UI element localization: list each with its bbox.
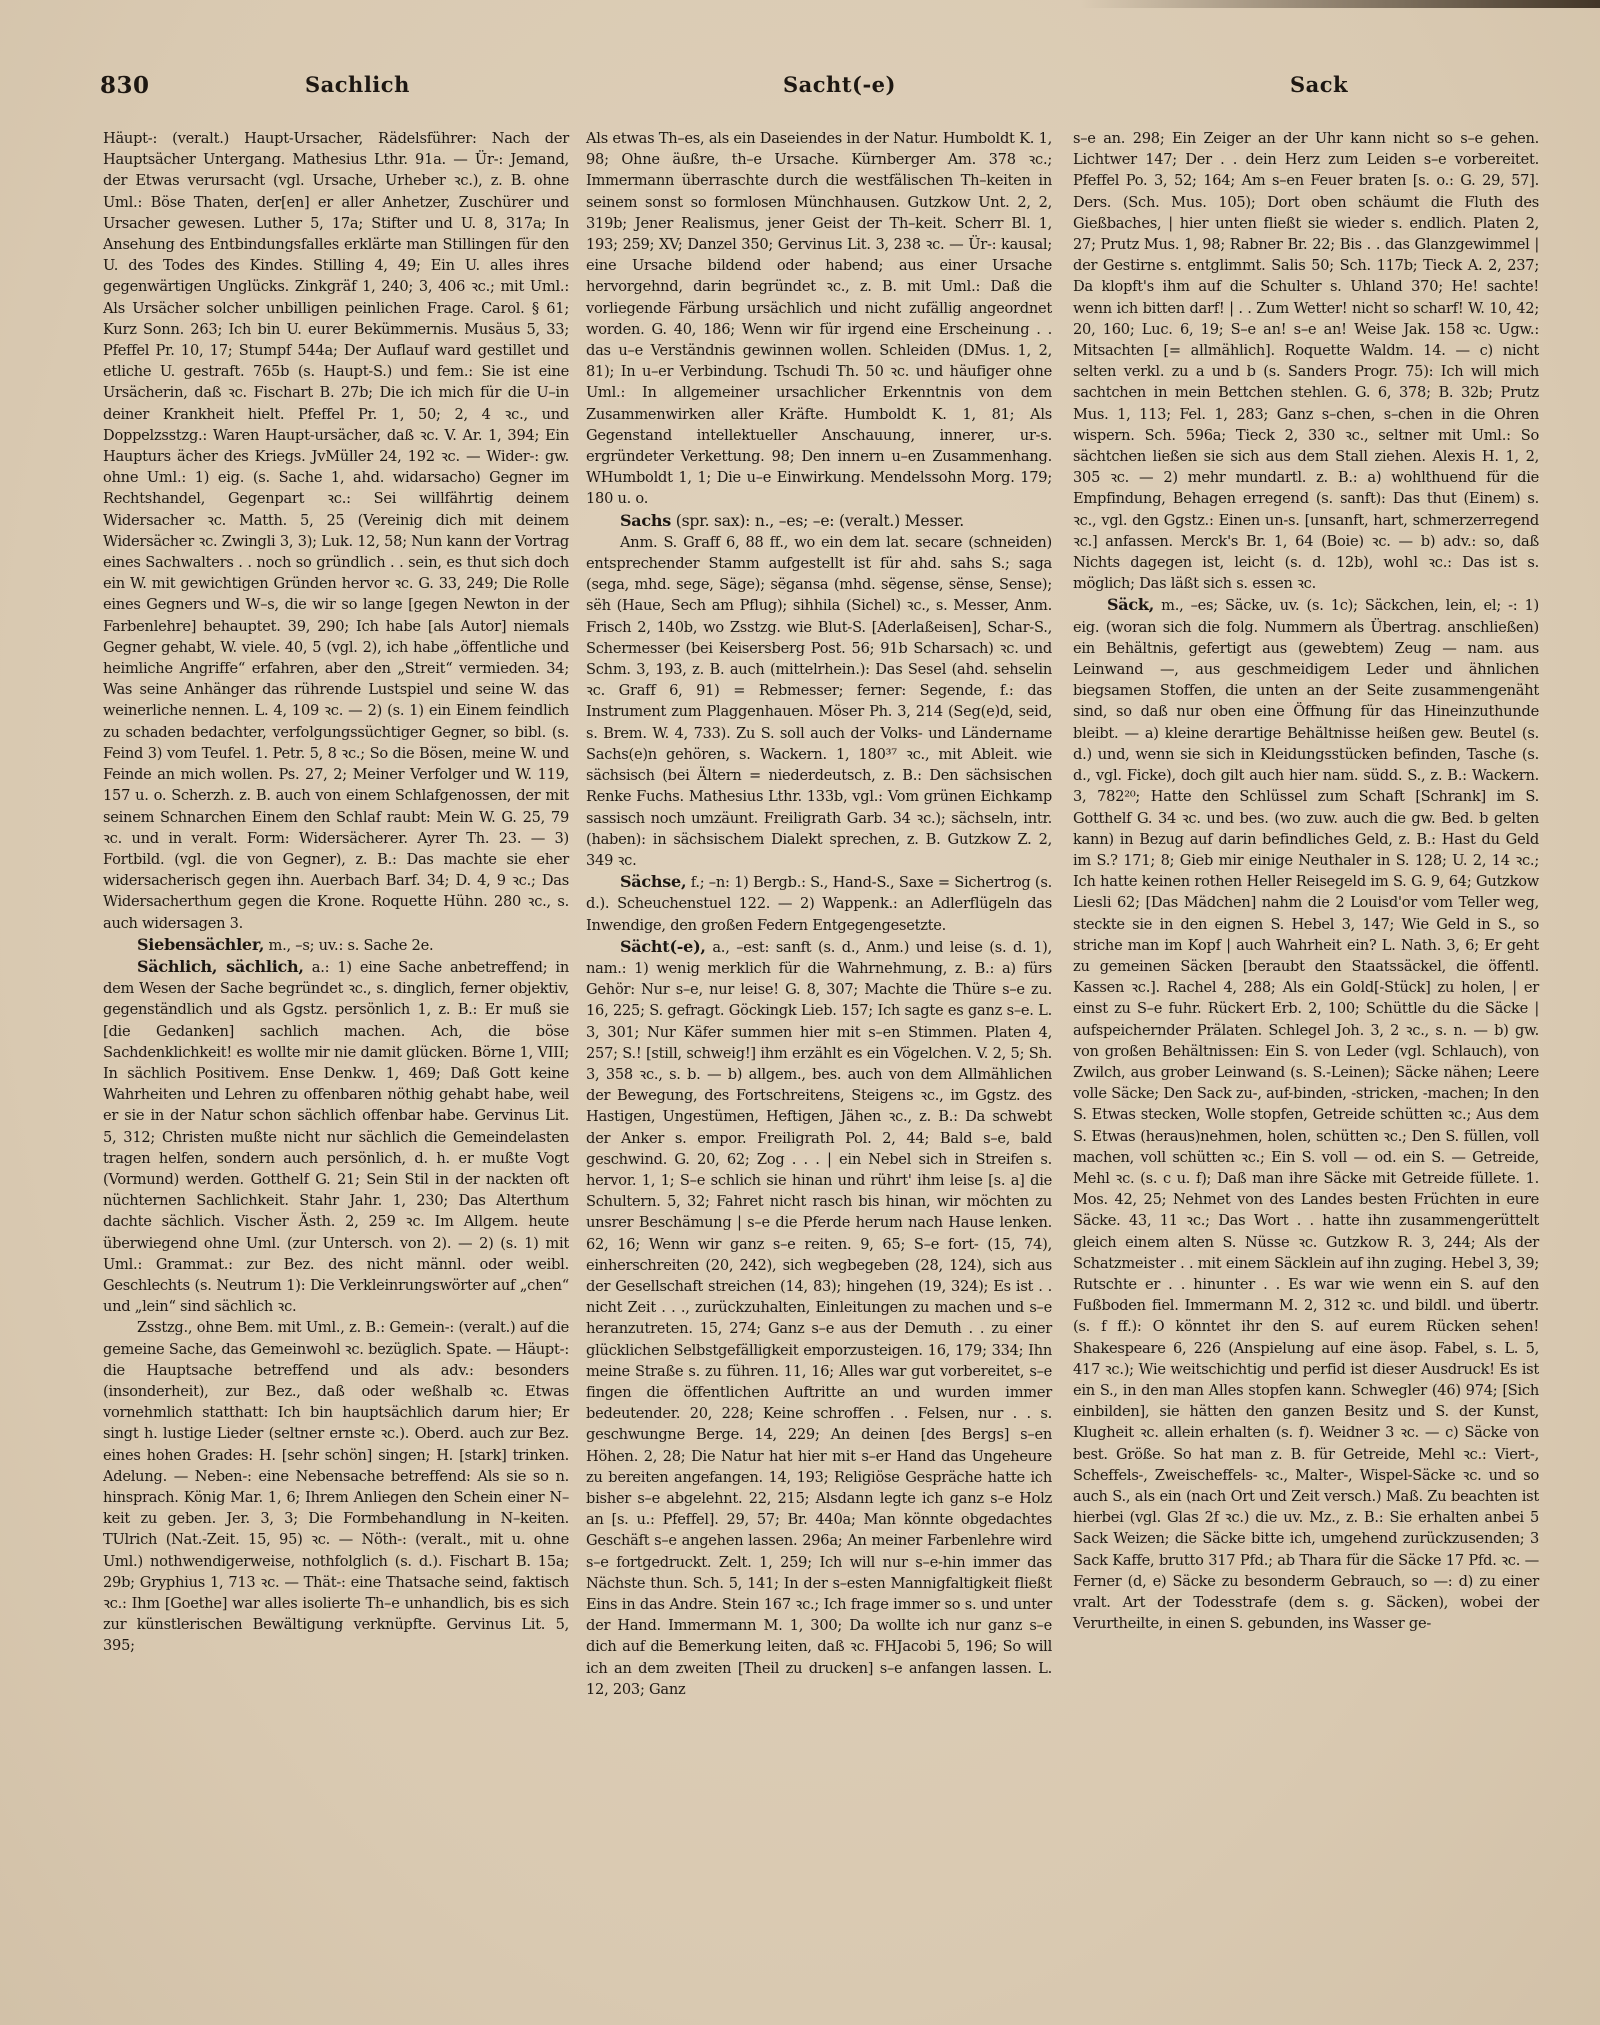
dictionary-entry-saechlich: Sächlich, sächlich, a.: 1) eine Sache an… (103, 956, 569, 1317)
continuation-paragraph: Als etwas Th–es, als ein Daseiendes in d… (586, 128, 1052, 510)
annotation-paragraph: Anm. S. Graff 6, 88 ff., wo ein dem lat.… (586, 532, 1052, 871)
page-edge-shadow (1080, 0, 1600, 8)
dictionary-entry-siebensaechler: Siebensächler, m., –s; uv.: s. Sache 2e. (103, 934, 569, 956)
headword: Siebensächler, (137, 935, 264, 954)
column-left: Häupt-: (veralt.) Haupt-Ursacher, Rädels… (103, 128, 569, 1657)
headword: Säck, (1107, 595, 1154, 614)
running-head-right: Sack (1290, 72, 1348, 97)
page-header: 830 Sachlich Sacht(-e) Sack (0, 72, 1600, 112)
column-right: s–e an. 298; Ein Zeiger an der Uhr kann … (1073, 128, 1539, 1634)
continuation-paragraph: s–e an. 298; Ein Zeiger an der Uhr kann … (1073, 128, 1539, 594)
dictionary-entry-sacht: Sächt(-e), a., –est: sanft (s. d., Anm.)… (586, 936, 1052, 1700)
running-head-center: Sacht(-e) (783, 72, 896, 97)
page-number: 830 (100, 72, 150, 99)
running-head-left: Sachlich (305, 72, 410, 97)
dictionary-entry-saechse: Sächse, f.; –n: 1) Bergb.: S., Hand-S., … (586, 871, 1052, 936)
column-middle: Als etwas Th–es, als ein Daseiendes in d… (586, 128, 1052, 1700)
dictionary-entry-sack: Säck, m., –es; Säcke, uv. (s. 1c); Säckc… (1073, 594, 1539, 1634)
headword: Sächse, (620, 872, 686, 891)
compounds-paragraph: Zsstzg., ohne Bem. mit Uml., z. B.: Geme… (103, 1317, 569, 1656)
headword: Sachs (620, 511, 671, 530)
headword: Sächt(-e), (620, 937, 706, 956)
continuation-paragraph: Häupt-: (veralt.) Haupt-Ursacher, Rädels… (103, 128, 569, 934)
dictionary-columns: Häupt-: (veralt.) Haupt-Ursacher, Rädels… (103, 128, 1541, 1998)
headword: Sächlich, sächlich, (137, 957, 304, 976)
dictionary-entry-sachs: Sachs (spr. sax): n., –es; –e: (veralt.)… (586, 510, 1052, 532)
